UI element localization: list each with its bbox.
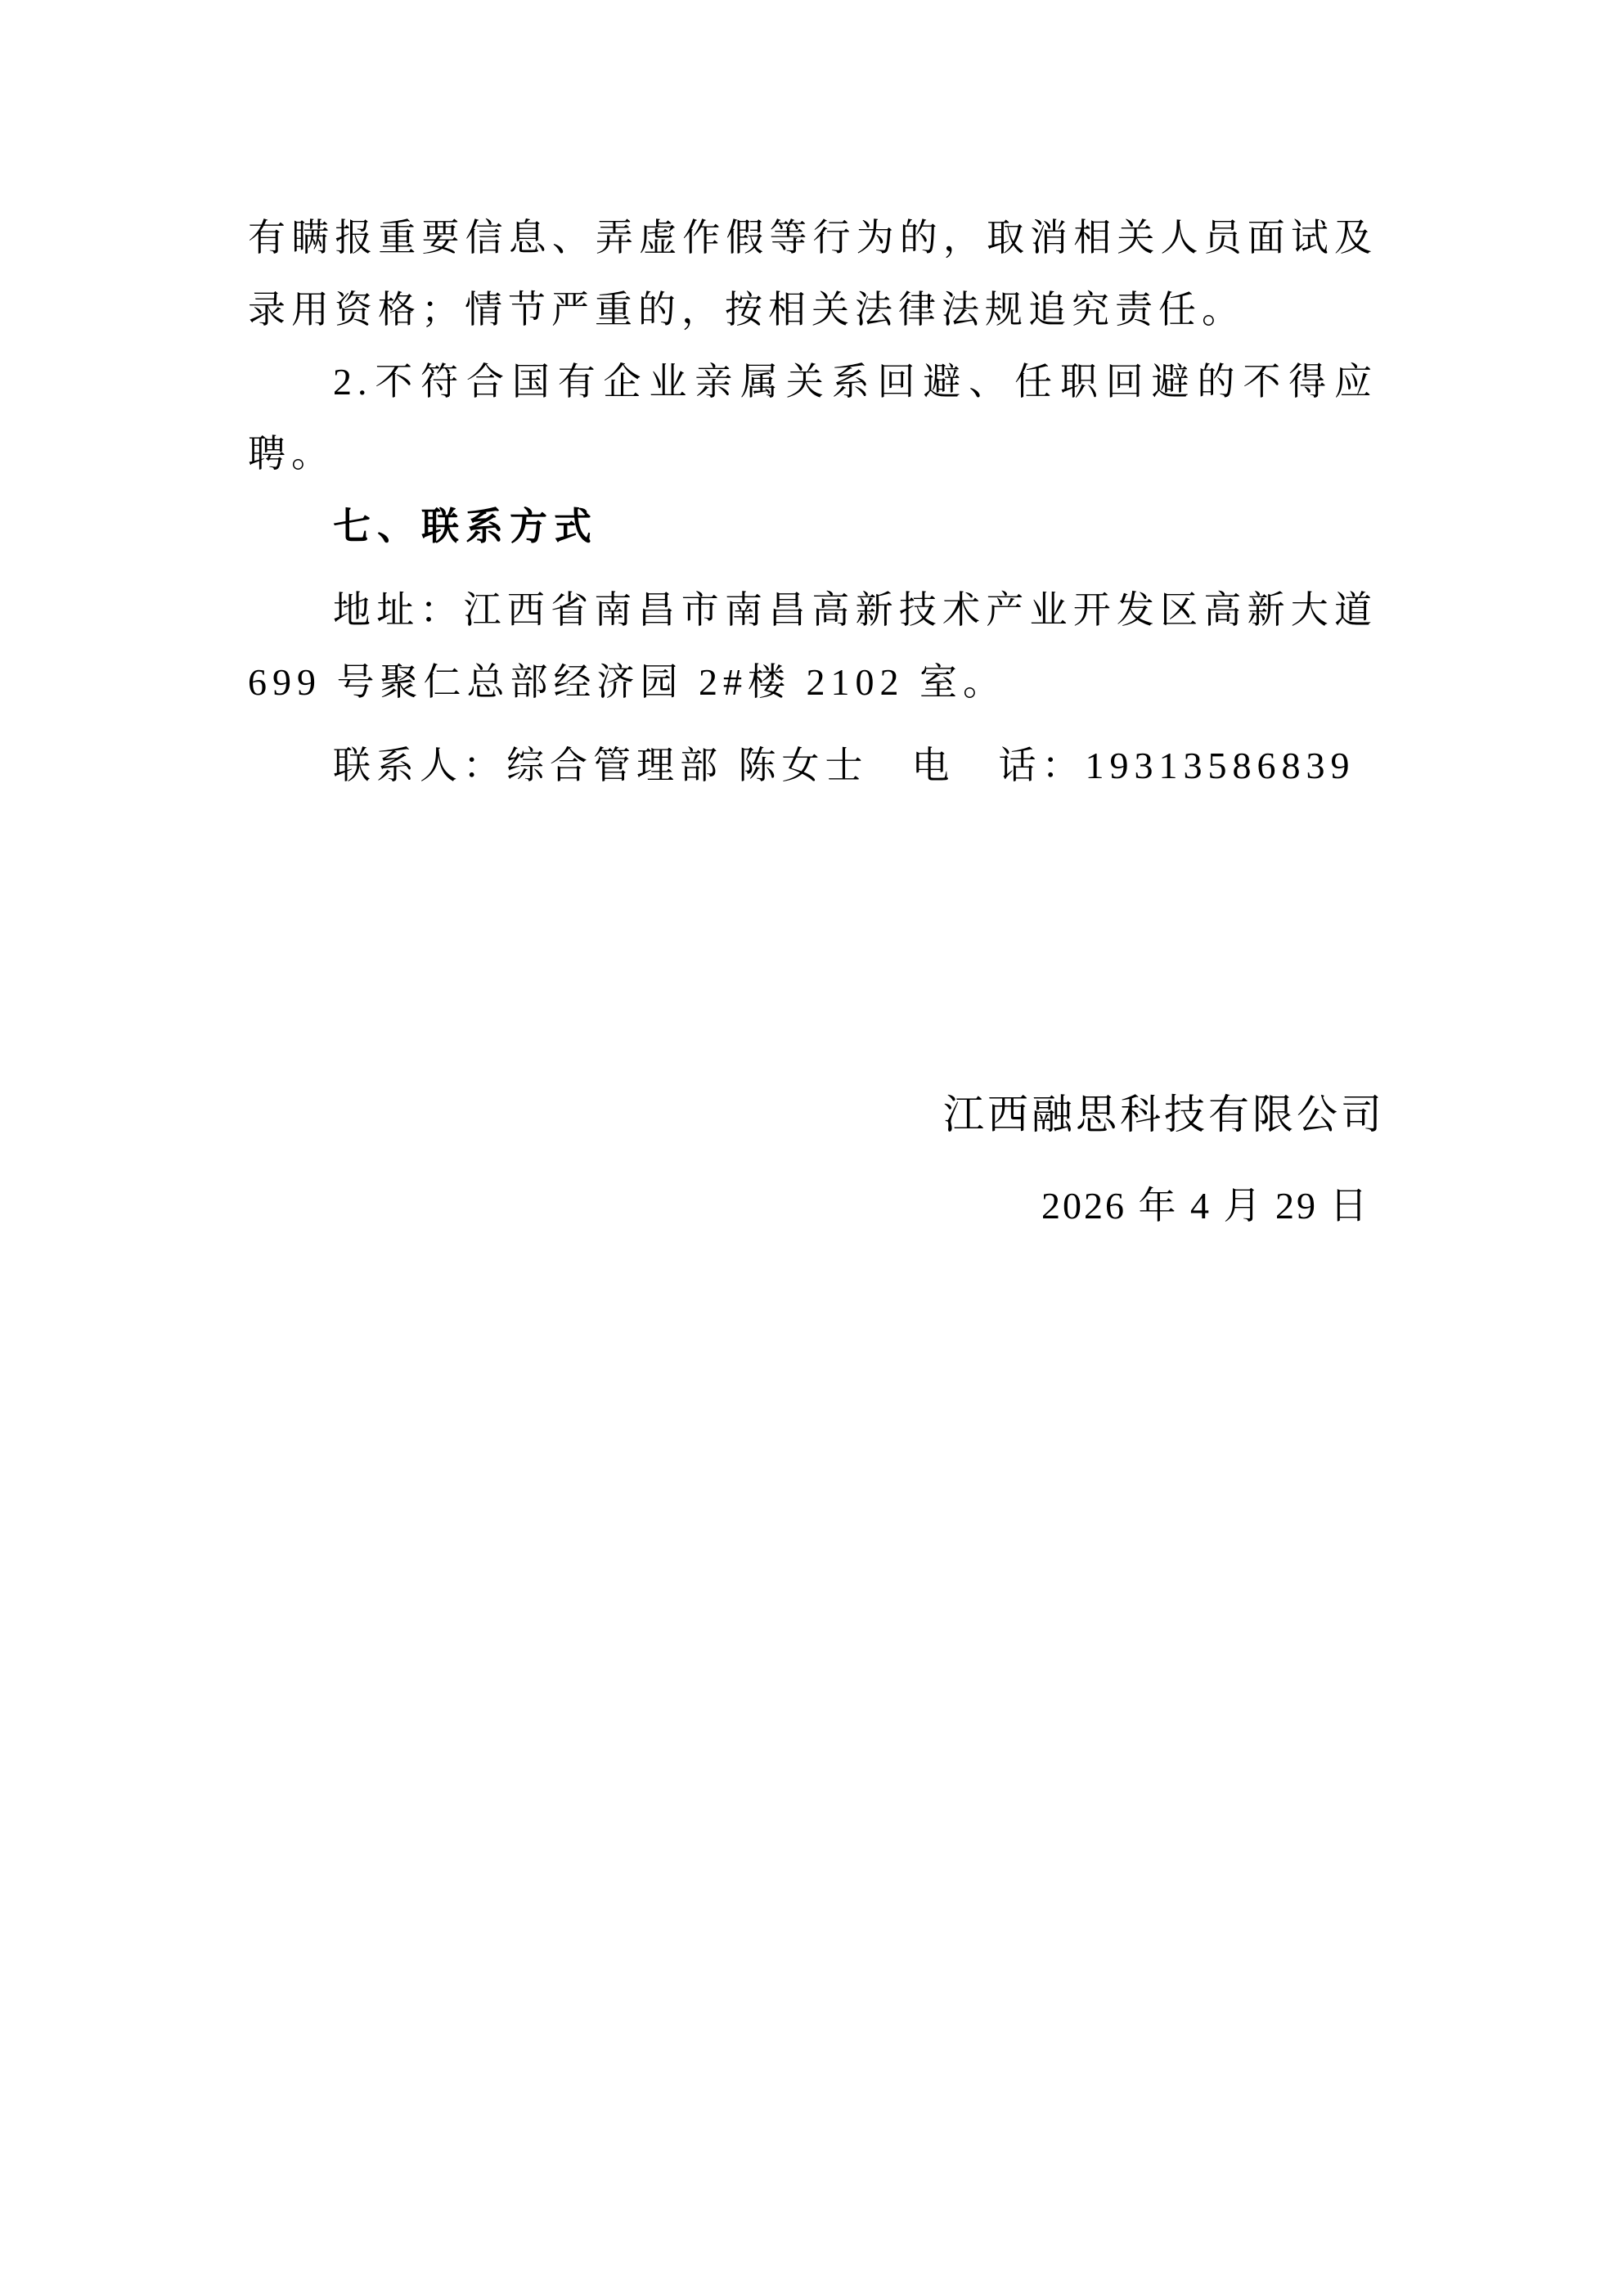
address-line: 699 号聚仁总部经济园 2#楼 2102 室。 bbox=[248, 646, 1378, 718]
contact-person-line: 联系人：综合管理部 陈女士 电 话：19313586839 bbox=[248, 730, 1378, 802]
signature-company-name: 江西融思科技有限公司 bbox=[943, 1092, 1385, 1137]
document-body: 有瞒报重要信息、弄虚作假等行为的，取消相关人员面试及 录用资格；情节严重的，按相… bbox=[248, 202, 1378, 802]
body-line: 聘。 bbox=[248, 418, 1378, 490]
signature-date: 2026 年 4 月 29 日 bbox=[1041, 1185, 1370, 1227]
body-line: 录用资格；情节严重的，按相关法律法规追究责任。 bbox=[248, 274, 1378, 346]
document-page: 有瞒报重要信息、弄虚作假等行为的，取消相关人员面试及 录用资格；情节严重的，按相… bbox=[0, 0, 1623, 2296]
body-line: 2.不符合国有企业亲属关系回避、任职回避的不得应 bbox=[248, 346, 1378, 418]
address-line: 地址：江西省南昌市南昌高新技术产业开发区高新大道 bbox=[248, 574, 1378, 646]
body-line: 有瞒报重要信息、弄虚作假等行为的，取消相关人员面试及 bbox=[248, 202, 1378, 274]
section-heading-contact: 七、联系方式 bbox=[248, 490, 1378, 562]
